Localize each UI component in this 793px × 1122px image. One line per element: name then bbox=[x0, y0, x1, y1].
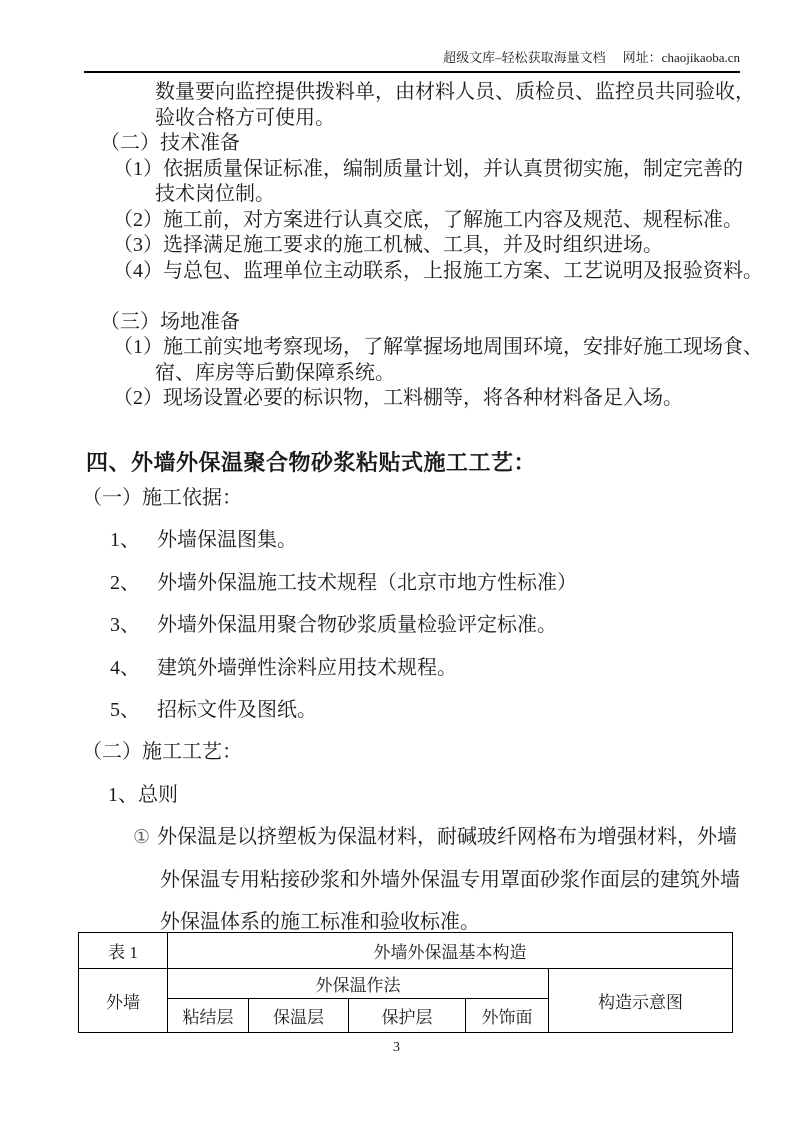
list-item: （3）选择满足施工要求的施工机械、工具，并及时组织进场。 bbox=[80, 234, 760, 260]
table-diagram-header-cell: 构造示意图 bbox=[549, 969, 733, 1033]
table-row: 外墙 外保温作法 构造示意图 bbox=[79, 969, 733, 999]
paragraph-line: 数量要向监控提供拨料单，由材料人员、质检员、监控员共同验收， bbox=[80, 81, 760, 107]
paragraph-line: 验收合格方可使用。 bbox=[80, 107, 760, 133]
list-item-number: 1、 bbox=[110, 528, 157, 552]
list-item: 5、招标文件及图纸。 bbox=[80, 698, 760, 740]
list-item: （2）施工前，对方案进行认真交底，了解施工内容及规范、规程标准。 bbox=[80, 209, 760, 235]
page-header: 超级文库–轻松获取海量文档网址：chaojikaoba.cn bbox=[84, 50, 740, 73]
list-item-text: 招标文件及图纸。 bbox=[157, 699, 317, 721]
list-item-number: 4、 bbox=[110, 656, 157, 680]
list-item-continuation: 宿、库房等后勤保障系统。 bbox=[80, 362, 760, 388]
table-rowheader-cell: 外墙 bbox=[79, 969, 168, 1033]
list-item: 2、外墙外保温施工技术规程（北京市地方性标准） bbox=[80, 571, 760, 613]
table-layer-cell: 粘结层 bbox=[168, 999, 249, 1033]
list-item-number: 1、 bbox=[108, 783, 138, 807]
list-item-text: 外墙外保温施工技术规程（北京市地方性标准） bbox=[157, 572, 577, 594]
table-methods-header-cell: 外保温作法 bbox=[168, 969, 549, 999]
list-item-general: 1、总则 bbox=[80, 783, 760, 825]
table-layer-cell: 保温层 bbox=[249, 999, 349, 1033]
clause-line: ①外保温是以挤塑板为保温材料，耐碱玻纤网格布为增强材料，外墙 bbox=[80, 825, 760, 867]
subsection-heading-site-prep: （三）场地准备 bbox=[80, 311, 760, 337]
table-title-cell: 外墙外保温基本构造 bbox=[168, 933, 733, 969]
list-item-continuation: 技术岗位制。 bbox=[80, 183, 760, 209]
material-acceptance-section: 数量要向监控提供拨料单，由材料人员、质检员、监控员共同验收， 验收合格方可使用。… bbox=[80, 81, 760, 413]
table-label-cell: 表 1 bbox=[79, 933, 168, 969]
list-item: 1、外墙保温图集。 bbox=[80, 528, 760, 570]
table-layer-cell: 保护层 bbox=[349, 999, 466, 1033]
subsection-heading-tech-prep: （二）技术准备 bbox=[80, 132, 760, 158]
list-item-text: 外墙外保温用聚合物砂浆质量检验评定标准。 bbox=[157, 614, 557, 636]
clause-line: 外保温专用粘接砂浆和外墙外保温专用罩面砂浆作面层的建筑外墙 bbox=[80, 868, 760, 910]
circled-number-marker: ① bbox=[133, 826, 157, 850]
chapter-heading: 四、外墙外保温聚合物砂浆粘贴式施工工艺： bbox=[86, 446, 536, 477]
list-item-text: 建筑外墙弹性涂料应用技术规程。 bbox=[157, 657, 457, 679]
list-item: 4、建筑外墙弹性涂料应用技术规程。 bbox=[80, 656, 760, 698]
table-layer-cell: 外饰面 bbox=[466, 999, 549, 1033]
list-item: （4）与总包、监理单位主动联系，上报施工方案、工艺说明及报验资料。 bbox=[80, 260, 760, 286]
clause-text: 外保温是以挤塑板为保温材料，耐碱玻纤网格布为增强材料，外墙 bbox=[157, 826, 737, 848]
list-item-number: 5、 bbox=[110, 698, 157, 722]
list-item-number: 2、 bbox=[110, 571, 157, 595]
table-row: 表 1 外墙外保温基本构造 bbox=[79, 933, 733, 969]
construction-process-section: （一）施工依据： 1、外墙保温图集。 2、外墙外保温施工技术规程（北京市地方性标… bbox=[80, 486, 760, 952]
subsection-heading-process: （二）施工工艺： bbox=[80, 740, 760, 782]
basic-structure-table: 表 1 外墙外保温基本构造 外墙 外保温作法 构造示意图 粘结层 保温层 保护层… bbox=[78, 932, 733, 1033]
header-brand-text: 超级文库–轻松获取海量文档 bbox=[443, 50, 606, 65]
page-number: 3 bbox=[0, 1040, 793, 1056]
list-item-text: 外墙保温图集。 bbox=[157, 529, 297, 551]
list-item-number: 3、 bbox=[110, 613, 157, 637]
list-item: 3、外墙外保温用聚合物砂浆质量检验评定标准。 bbox=[80, 613, 760, 655]
list-item: （1）施工前实地考察现场，了解掌握场地周围环境，安排好施工现场食、 bbox=[80, 336, 760, 362]
header-site-url: 网址：chaojikaoba.cn bbox=[623, 50, 740, 65]
subsection-heading-basis: （一）施工依据： bbox=[80, 486, 760, 528]
list-item-text: 总则 bbox=[138, 784, 178, 806]
list-item: （2）现场设置必要的标识物，工料棚等，将各种材料备足入场。 bbox=[80, 387, 760, 413]
list-item: （1）依据质量保证标准，编制质量计划，并认真贯彻实施，制定完善的 bbox=[80, 158, 760, 184]
document-page: 超级文库–轻松获取海量文档网址：chaojikaoba.cn 数量要向监控提供拨… bbox=[0, 0, 793, 1122]
